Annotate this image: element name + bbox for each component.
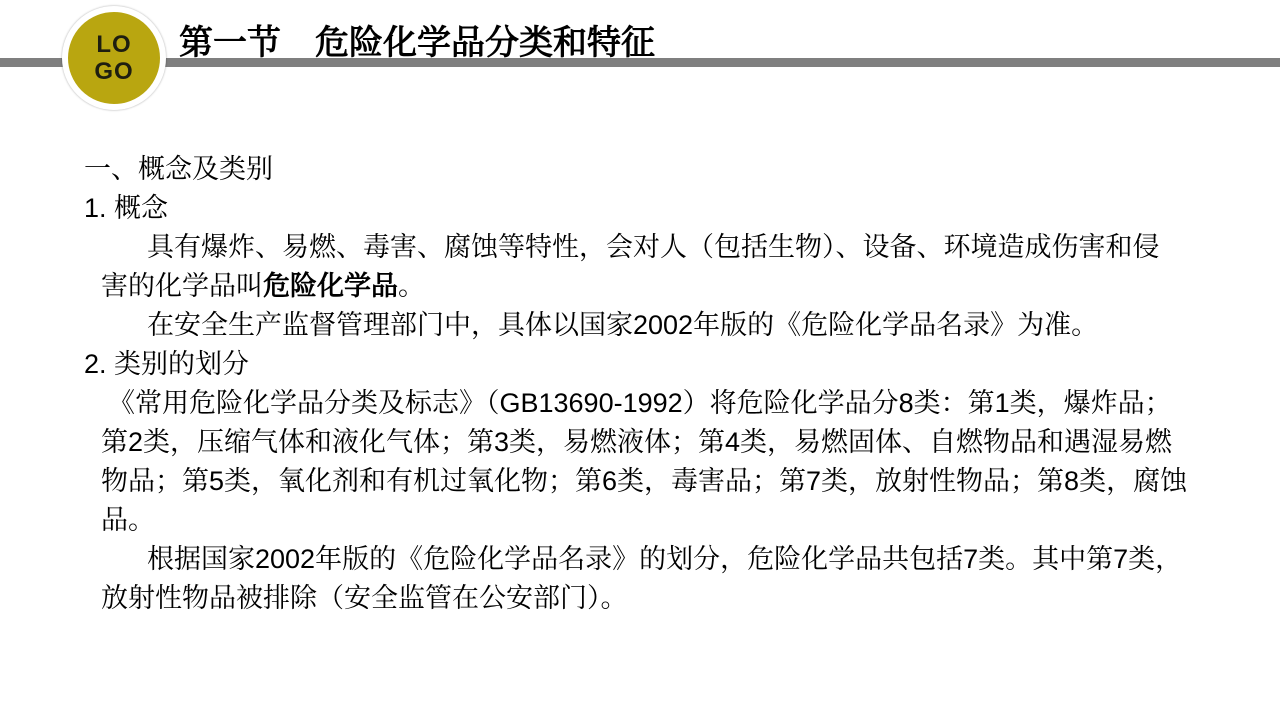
paragraph-classification-line-1: 《常用危险化学品分类及标志》（GB13690-1992）将危险化学品分8类：第1… xyxy=(84,384,1187,423)
logo-text-line2: GO xyxy=(94,58,133,85)
paragraph-classification-line-3: 物品；第5类，氧化剂和有机过氧化物；第6类，毒害品；第7类，放射性物品；第8类，… xyxy=(84,462,1187,501)
paragraph-concept-line-1: 具有爆炸、易燃、毒害、腐蚀等特性，会对人（包括生物）、设备、环境造成伤害和侵 xyxy=(84,228,1187,267)
item-heading-concept: 1. 概念 xyxy=(84,189,1187,228)
logo-badge: LO GO xyxy=(62,6,166,110)
logo-text-line1: LO xyxy=(96,31,131,58)
paragraph-concept-line-2-post: 。 xyxy=(398,271,425,301)
slide-body-text: 一、概念及类别 1. 概念 具有爆炸、易燃、毒害、腐蚀等特性，会对人（包括生物）… xyxy=(84,150,1187,618)
paragraph-exclusion-line-2: 放射性物品被排除（安全监管在公安部门）。 xyxy=(84,579,1187,618)
paragraph-concept-line-2: 害的化学品叫危险化学品。 xyxy=(84,267,1187,306)
section-heading: 一、概念及类别 xyxy=(84,150,1187,189)
paragraph-concept-line-2-pre: 害的化学品叫 xyxy=(101,271,263,301)
paragraph-classification-line-2: 第2类，压缩气体和液化气体；第3类，易燃液体；第4类，易燃固体、自燃物品和遇湿易… xyxy=(84,423,1187,462)
paragraph-exclusion-line-1: 根据国家2002年版的《危险化学品名录》的划分，危险化学品共包括7类。其中第7类… xyxy=(84,540,1187,579)
paragraph-catalog-reference: 在安全生产监督管理部门中，具体以国家2002年版的《危险化学品名录》为准。 xyxy=(84,306,1187,345)
slide-title: 第一节 危险化学品分类和特征 xyxy=(179,20,671,66)
item-heading-classification: 2. 类别的划分 xyxy=(84,345,1187,384)
hazardous-chemicals-bold-term: 危险化学品 xyxy=(263,271,398,301)
presentation-slide: LO GO 第一节 危险化学品分类和特征 一、概念及类别 1. 概念 具有爆炸、… xyxy=(0,0,1280,720)
paragraph-classification-line-4: 品。 xyxy=(84,501,1187,540)
